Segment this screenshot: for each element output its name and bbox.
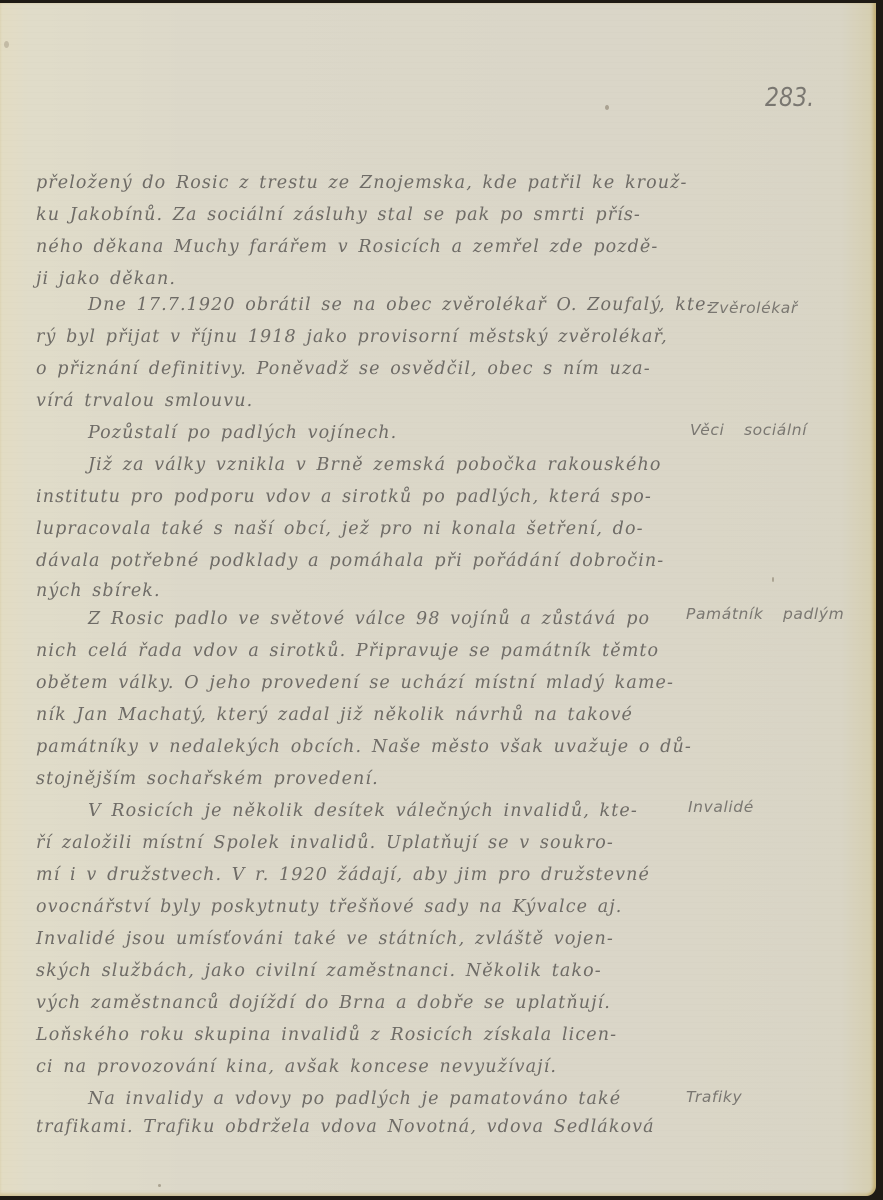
text-line: památníky v nedalekých obcích. Naše měst… bbox=[36, 737, 692, 757]
text-line: vírá trvalou smlouvu. bbox=[36, 391, 253, 411]
text-line: mí i v družstvech. V r. 1920 žádají, aby… bbox=[36, 865, 650, 885]
text-line: dávala potřebné podklady a pomáhala při … bbox=[36, 551, 664, 571]
paper-speck bbox=[605, 105, 609, 110]
section-heading: Pozůstalí po padlých vojínech. bbox=[88, 423, 397, 443]
paragraph-start: Z Rosic padlo ve světové válce 98 vojínů… bbox=[88, 609, 650, 629]
text-line: ných sbírek. bbox=[36, 581, 161, 601]
text-line: Invalidé jsou umísťováni také ve státníc… bbox=[36, 929, 614, 949]
text-line: ci na provozování kina, avšak koncese ne… bbox=[36, 1057, 557, 1077]
text-line: lupracovala také s naší obcí, jež pro ni… bbox=[36, 519, 644, 539]
text-line: stojnějším sochařském provedení. bbox=[36, 769, 379, 789]
margin-note-veci-socialni: Věci sociální bbox=[690, 421, 807, 439]
text-line: ného děkana Muchy farářem v Rosicích a z… bbox=[36, 237, 658, 257]
text-line: obětem války. O jeho provedení se uchází… bbox=[36, 673, 674, 693]
paper-speck bbox=[4, 41, 9, 48]
text-line: přeložený do Rosic z trestu ze Znojemska… bbox=[36, 173, 687, 193]
text-line: ovocnářství byly poskytnuty třešňové sad… bbox=[36, 897, 622, 917]
text-line: o přiznání definitivy. Poněvadž se osvěd… bbox=[36, 359, 651, 379]
paragraph-start: V Rosicích je několik desítek válečných … bbox=[88, 801, 638, 821]
paper-speck bbox=[772, 577, 774, 582]
text-line: ří založili místní Spolek invalidů. Upla… bbox=[36, 833, 614, 853]
margin-note-pamatnik-padlym: Památník padlým bbox=[686, 605, 844, 623]
text-line: ských službách, jako civilní zaměstnanci… bbox=[36, 961, 602, 981]
text-line: vých zaměstnanců dojíždí do Brna a dobře… bbox=[36, 993, 611, 1013]
paper-speck bbox=[158, 1184, 161, 1187]
text-line: ník Jan Machatý, který zadal již několik… bbox=[36, 705, 633, 725]
margin-note-invalide: Invalidé bbox=[688, 798, 754, 816]
text-line: trafikami. Trafiku obdržela vdova Novotn… bbox=[36, 1117, 655, 1137]
ledger-page: 283. přeložený do Rosic z trestu ze Znoj… bbox=[0, 3, 876, 1196]
text-line: ji jako děkan. bbox=[36, 269, 176, 289]
text-line: Loňského roku skupina invalidů z Rosicíc… bbox=[36, 1025, 617, 1045]
paragraph-start: Dne 17.7.1920 obrátil se na obec zvěrolé… bbox=[88, 295, 714, 315]
page-number: 283. bbox=[765, 83, 814, 113]
margin-note-trafiky: Trafiky bbox=[686, 1088, 742, 1106]
margin-note-zverolekar: Zvěrolékař bbox=[708, 299, 798, 317]
text-line: rý byl přijat v říjnu 1918 jako provisor… bbox=[36, 327, 668, 347]
text-line: institutu pro podporu vdov a sirotků po … bbox=[36, 487, 652, 507]
paragraph-start: Již za války vznikla v Brně zemská poboč… bbox=[88, 455, 662, 475]
text-line: ku Jakobínů. Za sociální zásluhy stal se… bbox=[36, 205, 641, 225]
paragraph-start: Na invalidy a vdovy po padlých je pamato… bbox=[88, 1089, 621, 1109]
text-line: nich celá řada vdov a sirotků. Připravuj… bbox=[36, 641, 659, 661]
